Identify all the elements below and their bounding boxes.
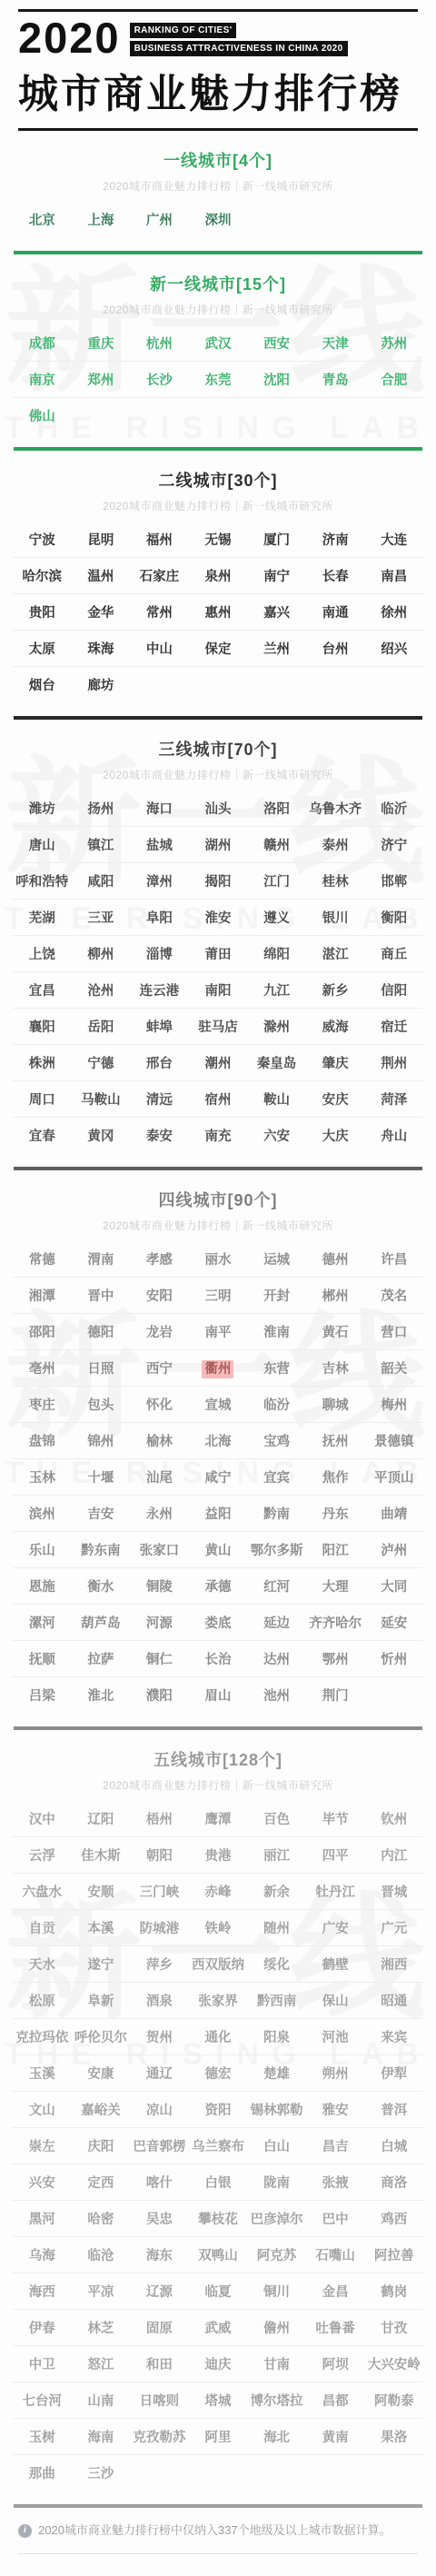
city-name: 贺州 (130, 2019, 189, 2054)
city-name: 营口 (364, 1314, 423, 1349)
city-name: 果洛 (364, 2419, 423, 2454)
city-name: 连云港 (130, 972, 189, 1008)
city-name: 镇江 (72, 827, 131, 862)
city-name: 舟山 (364, 1118, 423, 1153)
city-name: 通辽 (130, 2055, 189, 2091)
city-name: 泸州 (364, 1532, 423, 1567)
city-name: 百色 (247, 1801, 306, 1836)
city-name: 枣庄 (13, 1387, 72, 1422)
city-name: 吕梁 (13, 1677, 72, 1713)
city-name: 汕头 (189, 791, 248, 826)
city-name: 贵港 (189, 1837, 248, 1873)
city-name: 阿克苏 (247, 2237, 306, 2273)
city-name: 盘锦 (13, 1423, 72, 1458)
city-name: 河池 (306, 2019, 365, 2054)
city-name: 南充 (189, 1118, 248, 1153)
city-name: 荆门 (306, 1677, 365, 1713)
city-name: 铜川 (247, 2273, 306, 2309)
city-name: 濮阳 (130, 1677, 189, 1713)
city-row: 潍坊扬州海口汕头洛阳乌鲁木齐临沂 (13, 791, 423, 826)
city-name: 辽阳 (72, 1801, 131, 1836)
city-name: 呼伦贝尔 (72, 2019, 131, 2054)
city-name: 兰州 (247, 631, 306, 666)
city-name: 怒江 (72, 2346, 131, 2382)
city-name: 哈尔滨 (13, 558, 72, 593)
city-name: 三亚 (72, 900, 131, 935)
city-name: 拉萨 (72, 1641, 131, 1676)
header-top-rule (18, 9, 418, 12)
city-row: 宜昌沧州连云港南阳九江新乡信阳 (13, 971, 423, 1008)
city-name: 沧州 (72, 972, 131, 1008)
city-name: 绍兴 (364, 631, 423, 666)
city-name: 温州 (72, 558, 131, 593)
section-title: 四线城市[90个] (0, 1188, 436, 1211)
city-name: 莆田 (189, 936, 248, 971)
city-name: 山南 (72, 2382, 131, 2418)
city-name: 固原 (130, 2310, 189, 2345)
city-name: 鹰潭 (189, 1801, 248, 1836)
city-row: 七台河山南日喀则塔城博尔塔拉昌都阿勒泰 (13, 2382, 423, 2418)
header-bottom-rule (18, 128, 418, 131)
city-name: 榆林 (130, 1423, 189, 1458)
city-name: 嘉兴 (247, 594, 306, 630)
city-row: 亳州日照西宁衢州东营吉林韶关 (13, 1349, 423, 1386)
city-name: 承德 (189, 1568, 248, 1604)
year-logo: 2020 (18, 18, 121, 59)
city-name: 深圳 (189, 202, 248, 237)
tagline-1: RANKING OF CITIES' (130, 23, 237, 38)
highlighted-city: 衢州 (202, 1360, 233, 1378)
city-name: 三门峡 (130, 1874, 189, 1909)
city-name: 克拉玛依 (13, 2019, 72, 2054)
city-name: 六安 (247, 1118, 306, 1153)
city-name: 赣州 (247, 827, 306, 862)
city-name: 鄂州 (306, 1641, 365, 1676)
city-name: 中山 (130, 631, 189, 666)
city-name: 淄博 (130, 936, 189, 971)
section-subtitle: 2020城市商业魅力排行榜｜新一线城市研究所 (0, 767, 436, 782)
city-name: 沈阳 (247, 362, 306, 397)
city-name: 宿州 (189, 1081, 248, 1117)
city-name: 揭阳 (189, 863, 248, 899)
city-name: 阜阳 (130, 900, 189, 935)
city-name: 贵阳 (13, 594, 72, 630)
city-name: 延边 (247, 1605, 306, 1640)
section-divider (14, 447, 422, 451)
city-name: 黄山 (189, 1532, 248, 1567)
city-name: 湘西 (364, 1946, 423, 1982)
city-name: 朝阳 (130, 1837, 189, 1873)
city-name: 迪庆 (189, 2346, 248, 2382)
city-row: 那曲三沙 (13, 2454, 423, 2491)
city-name: 通化 (189, 2019, 248, 2054)
city-row: 天水遂宁萍乡西双版纳绥化鹤壁湘西 (13, 1945, 423, 1982)
city-name: 鹤岗 (364, 2273, 423, 2309)
city-name: 衡水 (72, 1568, 131, 1604)
city-name: 合肥 (364, 362, 423, 397)
city-name: 随州 (247, 1910, 306, 1945)
city-name: 佳木斯 (72, 1837, 131, 1873)
city-name: 乌鲁木齐 (306, 791, 365, 826)
city-name: 金华 (72, 594, 131, 630)
header: 2020 RANKING OF CITIES' BUSINESS ATTRACT… (0, 0, 436, 131)
city-row: 烟台廊坊 (13, 666, 423, 702)
city-name: 鸡西 (364, 2201, 423, 2236)
city-name: 安顺 (72, 1874, 131, 1909)
city-name: 吴忠 (130, 2201, 189, 2236)
city-name: 武汉 (189, 325, 248, 361)
city-name: 黔西南 (247, 1983, 306, 2018)
city-name: 郴州 (306, 1278, 365, 1313)
city-name: 海东 (130, 2237, 189, 2273)
city-name: 忻州 (364, 1641, 423, 1676)
city-name: 南阳 (189, 972, 248, 1008)
city-name: 廊坊 (72, 667, 131, 702)
sections: 一线城市[4个]2020城市商业魅力排行榜｜新一线城市研究所北京上海广州深圳新一… (0, 148, 436, 2508)
city-name: 双鸭山 (189, 2237, 248, 2273)
tier-section-5: 四线城市[90个]2020城市商业魅力排行榜｜新一线城市研究所常德渭南孝感丽水运… (0, 1188, 436, 1730)
city-name: 赤峰 (189, 1874, 248, 1909)
city-name: 荆州 (364, 1045, 423, 1080)
city-name: 遂宁 (72, 1946, 131, 1982)
city-name: 哈密 (72, 2201, 131, 2236)
city-row: 恩施衡水铜陵承德红河大理大同 (13, 1567, 423, 1604)
city-name: 无锡 (189, 522, 248, 557)
city-name: 德州 (306, 1241, 365, 1277)
city-name: 惠州 (189, 594, 248, 630)
city-name: 济宁 (364, 827, 423, 862)
city-name: 庆阳 (72, 2128, 131, 2163)
city-row: 崇左庆阳巴音郭楞乌兰察布白山昌吉白城 (13, 2127, 423, 2163)
city-name: 聊城 (306, 1387, 365, 1422)
city-row: 贵阳金华常州惠州嘉兴南通徐州 (13, 593, 423, 630)
city-name: 锦州 (72, 1423, 131, 1458)
city-name: 黑河 (13, 2201, 72, 2236)
city-name: 新余 (247, 1874, 306, 1909)
city-name: 日照 (72, 1350, 131, 1386)
city-name: 常德 (13, 1241, 72, 1277)
tier-section-1: 一线城市[4个]2020城市商业魅力排行榜｜新一线城市研究所北京上海广州深圳 (0, 148, 436, 254)
city-name: 襄阳 (13, 1009, 72, 1044)
city-row: 漯河葫芦岛河源娄底延边齐齐哈尔延安 (13, 1604, 423, 1640)
city-row: 玉树海南克孜勒苏阿里海北黄南果洛 (13, 2418, 423, 2454)
tier-section-3: 二线城市[30个]2020城市商业魅力排行榜｜新一线城市研究所宁波昆明福州无锡厦… (0, 468, 436, 720)
city-name: 绥化 (247, 1946, 306, 1982)
city-name: 昌都 (306, 2382, 365, 2418)
city-name: 萍乡 (130, 1946, 189, 1982)
city-name: 佛山 (13, 398, 72, 433)
city-name: 巴彦淖尔 (247, 2201, 306, 2236)
city-row: 成都重庆杭州武汉西安天津苏州 (13, 325, 423, 361)
city-name: 南通 (306, 594, 365, 630)
city-name: 牡丹江 (306, 1874, 365, 1909)
tagline-2: BUSINESS ATTRACTIVENESS IN CHINA 2020 (130, 41, 348, 56)
city-name: 石家庄 (130, 558, 189, 593)
city-name: 七台河 (13, 2382, 72, 2418)
city-name: 江门 (247, 863, 306, 899)
section-divider (14, 716, 422, 720)
city-name: 景德镇 (364, 1423, 423, 1458)
taglines: RANKING OF CITIES' BUSINESS ATTRACTIVENE… (130, 23, 348, 56)
city-name: 东莞 (189, 362, 248, 397)
city-name: 丹东 (306, 1496, 365, 1531)
city-name: 海西 (13, 2273, 72, 2309)
city-name: 恩施 (13, 1568, 72, 1604)
city-row: 株洲宁德邢台潮州秦皇岛肇庆荆州 (13, 1044, 423, 1080)
city-name: 咸阳 (72, 863, 131, 899)
section-title: 新一线城市[15个] (0, 272, 436, 295)
city-name: 甘孜 (364, 2310, 423, 2345)
city-name: 海南 (72, 2419, 131, 2454)
city-name: 长春 (306, 558, 365, 593)
info-icon: i (18, 2524, 32, 2538)
city-name: 南昌 (364, 558, 423, 593)
city-name: 海北 (247, 2419, 306, 2454)
city-name: 临夏 (189, 2273, 248, 2309)
city-name: 雅安 (306, 2092, 365, 2127)
city-name: 晋城 (364, 1874, 423, 1909)
city-name: 内江 (364, 1837, 423, 1873)
city-name: 杭州 (130, 325, 189, 361)
section-subtitle: 2020城市商业魅力排行榜｜新一线城市研究所 (0, 1777, 436, 1793)
city-name: 丽江 (247, 1837, 306, 1873)
city-name: 淮安 (189, 900, 248, 935)
city-name: 辽源 (130, 2273, 189, 2309)
city-name: 广元 (364, 1910, 423, 1945)
city-name: 淮北 (72, 1677, 131, 1713)
city-name: 临汾 (247, 1387, 306, 1422)
city-name: 甘南 (247, 2346, 306, 2382)
city-name: 宁德 (72, 1045, 131, 1080)
city-name: 十堰 (72, 1459, 131, 1495)
city-name: 普洱 (364, 2092, 423, 2127)
city-name: 阳泉 (247, 2019, 306, 2054)
city-name: 大庆 (306, 1118, 365, 1153)
city-row: 松原阜新酒泉张家界黔西南保山昭通 (13, 1982, 423, 2018)
city-name: 株洲 (13, 1045, 72, 1080)
city-name: 泰安 (130, 1118, 189, 1153)
city-row: 盘锦锦州榆林北海宝鸡抚州景德镇 (13, 1422, 423, 1458)
city-name: 徐州 (364, 594, 423, 630)
city-name: 苏州 (364, 325, 423, 361)
city-name: 滨州 (13, 1496, 72, 1531)
city-name: 锡林郭勒 (247, 2092, 306, 2127)
city-name: 黔南 (247, 1496, 306, 1531)
city-name: 湘潭 (13, 1278, 72, 1313)
city-name: 永州 (130, 1496, 189, 1531)
city-name: 自贡 (13, 1910, 72, 1945)
city-name: 渭南 (72, 1241, 131, 1277)
city-name: 重庆 (72, 325, 131, 361)
city-name: 临沂 (364, 791, 423, 826)
page-title: 城市商业魅力排行榜 (18, 61, 418, 119)
section-subtitle: 2020城市商业魅力排行榜｜新一线城市研究所 (0, 178, 436, 194)
section-title: 二线城市[30个] (0, 468, 436, 492)
city-name: 临沧 (72, 2237, 131, 2273)
city-name: 遵义 (247, 900, 306, 935)
city-name: 商洛 (364, 2164, 423, 2200)
city-row: 抚顺拉萨铜仁长治达州鄂州忻州 (13, 1640, 423, 1676)
city-name: 三明 (189, 1278, 248, 1313)
city-name: 克孜勒苏 (130, 2419, 189, 2454)
city-name: 亳州 (13, 1350, 72, 1386)
city-name: 巴音郭楞 (130, 2128, 189, 2163)
city-name: 上海 (72, 202, 131, 237)
city-name: 陇南 (247, 2164, 306, 2200)
city-name: 张家界 (189, 1983, 248, 2018)
city-name: 济南 (306, 522, 365, 557)
city-name: 宣城 (189, 1387, 248, 1422)
section-subtitle: 2020城市商业魅力排行榜｜新一线城市研究所 (0, 1218, 436, 1233)
city-row: 唐山镇江盐城湖州赣州泰州济宁 (13, 826, 423, 862)
city-row: 呼和浩特咸阳漳州揭阳江门桂林邯郸 (13, 862, 423, 899)
city-name: 漳州 (130, 863, 189, 899)
city-row: 克拉玛依呼伦贝尔贺州通化阳泉河池来宾 (13, 2018, 423, 2054)
city-name: 红河 (247, 1568, 306, 1604)
city-name: 广州 (130, 202, 189, 237)
city-row: 滨州吉安永州益阳黔南丹东曲靖 (13, 1495, 423, 1531)
city-name: 武威 (189, 2310, 248, 2345)
city-name: 河源 (130, 1605, 189, 1640)
city-name: 定西 (72, 2164, 131, 2200)
city-name: 宜昌 (13, 972, 72, 1008)
city-name: 包头 (72, 1387, 131, 1422)
city-name: 东营 (247, 1350, 306, 1386)
city-name: 大理 (306, 1568, 365, 1604)
city-name: 漯河 (13, 1605, 72, 1640)
city-name: 长治 (189, 1641, 248, 1676)
city-row: 常德渭南孝感丽水运城德州许昌 (13, 1241, 423, 1277)
city-name: 龙岩 (130, 1314, 189, 1349)
city-name: 岳阳 (72, 1009, 131, 1044)
city-name: 朔州 (306, 2055, 365, 2091)
city-name: 丽水 (189, 1241, 248, 1277)
city-name: 资阳 (189, 2092, 248, 2127)
city-name: 昆明 (72, 522, 131, 557)
city-name: 日喀则 (130, 2382, 189, 2418)
city-name: 吉安 (72, 1496, 131, 1531)
city-name: 邵阳 (13, 1314, 72, 1349)
city-name: 阳江 (306, 1532, 365, 1567)
city-name: 抚顺 (13, 1641, 72, 1676)
city-name: 昌吉 (306, 2128, 365, 2163)
city-name: 郑州 (72, 362, 131, 397)
footer-note-text: 2020城市商业魅力排行榜中仅纳入337个地级及以上城市数据计算。 (38, 2522, 391, 2540)
footer-rule (18, 2553, 418, 2554)
city-name: 宁波 (13, 522, 72, 557)
city-row: 自贡本溪防城港铁岭随州广安广元 (13, 1909, 423, 1945)
city-name: 黄石 (306, 1314, 365, 1349)
city-name: 和田 (130, 2346, 189, 2382)
city-name: 眉山 (189, 1677, 248, 1713)
city-row: 邵阳德阳龙岩南平淮南黄石营口 (13, 1313, 423, 1349)
city-name: 白银 (189, 2164, 248, 2200)
city-name: 阿坝 (306, 2346, 365, 2382)
city-row: 文山嘉峪关凉山资阳锡林郭勒雅安普洱 (13, 2091, 423, 2127)
city-row: 六盘水安顺三门峡赤峰新余牡丹江晋城 (13, 1873, 423, 1909)
city-name: 北京 (13, 202, 72, 237)
city-name: 昭通 (364, 1983, 423, 2018)
city-name: 平顶山 (364, 1459, 423, 1495)
section-title: 五线城市[128个] (0, 1747, 436, 1771)
city-name: 清远 (130, 1081, 189, 1117)
city-name: 嘉峪关 (72, 2092, 131, 2127)
city-name: 三沙 (72, 2455, 131, 2491)
city-name: 池州 (247, 1677, 306, 1713)
city-name: 儋州 (247, 2310, 306, 2345)
city-row: 吕梁淮北濮阳眉山池州荆门 (13, 1676, 423, 1713)
city-name: 茂名 (364, 1278, 423, 1313)
city-name: 安康 (72, 2055, 131, 2091)
city-name: 大连 (364, 522, 423, 557)
city-row: 兴安定西喀什白银陇南张掖商洛 (13, 2163, 423, 2200)
city-name: 文山 (13, 2092, 72, 2127)
city-name: 防城港 (130, 1910, 189, 1945)
city-name: 泉州 (189, 558, 248, 593)
logo-row: 2020 RANKING OF CITIES' BUSINESS ATTRACT… (18, 18, 418, 59)
city-name: 菏泽 (364, 1081, 423, 1117)
section-divider (14, 1167, 422, 1170)
city-name: 蚌埠 (130, 1009, 189, 1044)
section-title: 一线城市[4个] (0, 148, 436, 172)
city-name: 毕节 (306, 1801, 365, 1836)
city-name: 玉溪 (13, 2055, 72, 2091)
city-name: 德阳 (72, 1314, 131, 1349)
footer-note: i 2020城市商业魅力排行榜中仅纳入337个地级及以上城市数据计算。 (0, 2508, 436, 2540)
section-subtitle: 2020城市商业魅力排行榜｜新一线城市研究所 (0, 302, 436, 317)
city-name: 达州 (247, 1641, 306, 1676)
city-name: 梧州 (130, 1801, 189, 1836)
city-row: 上饶柳州淄博莆田绵阳湛江商丘 (13, 935, 423, 971)
city-name: 西双版纳 (189, 1946, 248, 1982)
city-name: 乌海 (13, 2237, 72, 2273)
city-name: 信阳 (364, 972, 423, 1008)
city-name: 安庆 (306, 1081, 365, 1117)
section-subtitle: 2020城市商业魅力排行榜｜新一线城市研究所 (0, 498, 436, 513)
city-name: 铜仁 (130, 1641, 189, 1676)
city-name: 平凉 (72, 2273, 131, 2309)
city-row: 黑河哈密吴忠攀枝花巴彦淖尔巴中鸡西 (13, 2200, 423, 2236)
city-name: 乌兰察布 (189, 2128, 248, 2163)
city-name: 韶关 (364, 1350, 423, 1386)
city-name: 白山 (247, 2128, 306, 2163)
city-name: 新乡 (306, 972, 365, 1008)
city-row: 玉林十堰汕尾咸宁宜宾焦作平顶山 (13, 1458, 423, 1495)
city-name: 驻马店 (189, 1009, 248, 1044)
city-row: 太原珠海中山保定兰州台州绍兴 (13, 630, 423, 666)
city-row: 襄阳岳阳蚌埠驻马店滁州威海宿迁 (13, 1008, 423, 1044)
city-row: 佛山 (13, 397, 423, 433)
city-row: 云浮佳木斯朝阳贵港丽江四平内江 (13, 1836, 423, 1873)
city-name: 烟台 (13, 667, 72, 702)
city-name: 大兴安岭 (364, 2346, 423, 2382)
city-name: 天水 (13, 1946, 72, 1982)
city-row: 乌海临沧海东双鸭山阿克苏石嘴山阿拉善 (13, 2236, 423, 2273)
city-name: 青岛 (306, 362, 365, 397)
tier-section-2: 新一线城市[15个]2020城市商业魅力排行榜｜新一线城市研究所成都重庆杭州武汉… (0, 272, 436, 451)
city-row: 汉中辽阳梧州鹰潭百色毕节钦州 (13, 1801, 423, 1836)
city-name: 四平 (306, 1837, 365, 1873)
city-name: 肇庆 (306, 1045, 365, 1080)
city-name: 台州 (306, 631, 365, 666)
city-name: 汉中 (13, 1801, 72, 1836)
city-name: 伊犁 (364, 2055, 423, 2091)
city-name: 湛江 (306, 936, 365, 971)
city-name: 滁州 (247, 1009, 306, 1044)
city-name: 潮州 (189, 1045, 248, 1080)
section-divider (14, 251, 422, 254)
city-name: 攀枝花 (189, 2201, 248, 2236)
